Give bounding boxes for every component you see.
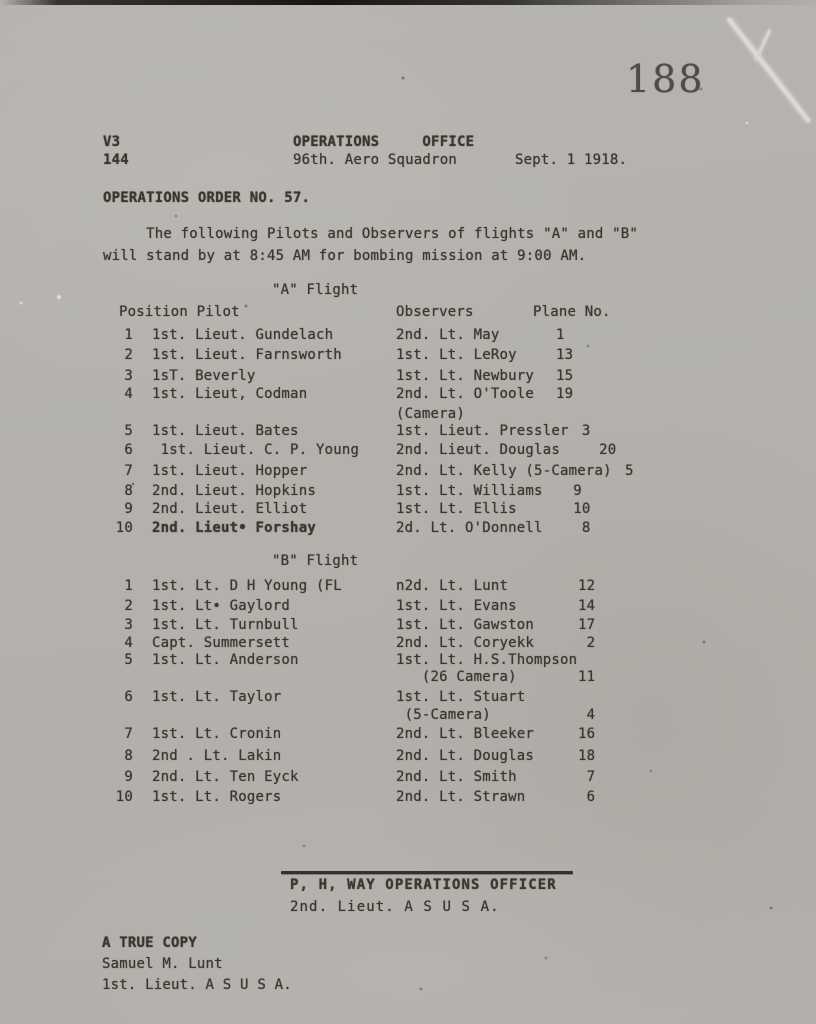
plane-cell: 6 [578,789,595,805]
pilot-cell: 1st. Lt. D H Young (FL [152,578,342,594]
observer-cell: 1st. Lt. H.S.Thompson [396,652,577,668]
observer-cell: n2d. Lt. Lunt [396,578,508,594]
observer-cell: 1st. Lt. Ellis [396,501,517,517]
pilot-cell: 1st. Lt. Turnbull [152,617,299,633]
reference-v3: V3 [103,134,120,150]
flight-a-row-7: 7 1st. Lieut. Hopper 2nd. Lt. Kelly (5-C… [0,463,816,480]
position-cell: 9 [103,501,133,517]
position-cell: 10 [103,789,133,805]
signature-underline [281,871,573,874]
observer-cell: 2nd. Lt. Strawn [396,789,525,805]
pilot-cell: 1st. Lt. Taylor [152,689,281,705]
page-number: 188 [626,60,705,98]
certifier-rank-line: 1st. Lieut. A S U S A. [0,977,816,994]
flight-a-row-2: 2 1st. Lieut. Farnsworth 1st. Lt. LeRoy … [0,347,816,364]
observer-cell: 2nd. Lt. May [396,327,500,343]
observer-cell: 2nd. Lt. Douglas [396,748,534,764]
camera-note: (5-Camera) [396,707,491,723]
signature-name-line: P, H, WAY OPERATIONS OFFICER [0,877,816,894]
plane-cell: 17 [578,617,595,633]
paragraph-line-1: The following Pilots and Observers of fl… [0,226,816,243]
pilot-cell: 1st. Lieut, Codman [152,386,307,402]
flight-a-row-8: 8 2nd. Lieut. Hopkins 1st. Lt. Williams … [0,483,816,500]
letterhead-line-1: V3 OPERATIONS OFFICE [0,134,816,151]
plane-cell: 1 [556,327,565,343]
flight-a-row-3: 3 1sT. Beverly 1st. Lt. Newbury 15 [0,368,816,385]
position-cell: 7 [103,726,133,742]
squadron-name: 96th. Aero Squadron [293,152,457,168]
position-cell: 10 [103,520,133,536]
plane-cell: 14 [578,598,595,614]
observer-cell: 1st. Lt. Gawston [396,617,534,633]
pilot-cell: 1st. Lt• Gaylord [152,598,290,614]
flight-b-row-5: 5 1st. Lt. Anderson 1st. Lt. H.S.Thompso… [0,652,816,669]
flight-b-title: "B" Flight [0,553,816,570]
pilot-cell: 1st. Lieut. Bates [152,423,299,439]
observer-cell: 1st. Lieut. Pressler [396,423,569,439]
observer-cell: 2nd. Lt. Bleeker [396,726,534,742]
plane-cell: 10 [556,501,591,517]
pilot-cell: Capt. Summersett [152,635,290,651]
pilot-cell: 1sT. Beverly [152,368,256,384]
flight-b-row-2: 2 1st. Lt• Gaylord 1st. Lt. Evans 14 [0,598,816,615]
position-cell: 4 [103,635,133,651]
plane-cell: 9 [556,483,582,499]
pilot-cell: 2nd. Lt. Ten Eyck [152,769,299,785]
pilot-cell: 1st. Lt. Anderson [152,652,299,668]
header-position-pilot: Position Pilot [119,304,240,320]
plane-cell: 11 [578,669,595,685]
certifier-name-line: Samuel M. Lunt [0,956,816,973]
camera-note: (Camera) [396,406,465,422]
position-cell: 2 [103,598,133,614]
pilot-cell: 1st. Lt. Cronin [152,726,281,742]
observer-cell: 2nd. Lt. Coryekk [396,635,534,651]
flight-b-row-8: 8 2nd . Lt. Lakin 2nd. Lt. Douglas 18 [0,748,816,765]
position-cell: 5 [103,423,133,439]
plane-cell: 5 [556,463,634,479]
pilot-cell: 1st. Lieut. C. P. Young [152,442,359,458]
observer-cell: 1st. Lt. Evans [396,598,517,614]
plane-cell: 7 [578,769,595,785]
flight-a-row-6: 6 1st. Lieut. C. P. Young 2nd. Lieut. Do… [0,442,816,459]
pilot-cell: 2nd. Lieut. Elliot [152,501,307,517]
position-cell: 5 [103,652,133,668]
paper-crease-branch [754,29,771,61]
reference-144: 144 [103,152,129,168]
flight-b-row-6: 6 1st. Lt. Taylor 1st. Lt. Stuart [0,689,816,706]
position-cell: 6 [103,689,133,705]
position-cell: 3 [103,368,133,384]
observer-cell: 2nd. Lt. Smith [396,769,517,785]
flight-a-row-4-camera-note: (Camera) [0,406,816,423]
flight-a-row-4: 4 1st. Lieut, Codman 2nd. Lt. O'Toole 19 [0,386,816,403]
observer-cell: 1st. Lt. LeRoy [396,347,517,363]
flight-b-row-3: 3 1st. Lt. Turnbull 1st. Lt. Gawston 17 [0,617,816,634]
plane-cell: 8 [556,520,591,536]
true-copy-line: A TRUE COPY [0,935,816,952]
observer-cell: 2nd. Lieut. Douglas [396,442,560,458]
position-cell: 1 [103,327,133,343]
position-cell: 7 [103,463,133,479]
plane-cell: 2 [578,635,595,651]
pilot-cell: 2nd. Lieut. Hopkins [152,483,316,499]
plane-cell: 3 [556,423,591,439]
camera-note: (26 Camera) [396,669,517,685]
pilot-cell: 1st. Lieut. Farnsworth [152,347,342,363]
paragraph-line-2: will stand by at 8:45 AM for bombing mis… [0,248,816,265]
position-cell: 3 [103,617,133,633]
flight-b-row-1: 1 1st. Lt. D H Young (FL n2d. Lt. Lunt 1… [0,578,816,595]
position-cell: 9 [103,769,133,785]
flight-a-row-1: 1 1st. Lieut. Gundelach 2nd. Lt. May 1 [0,327,816,344]
plane-cell: 19 [556,386,573,402]
pilot-cell: 1st. Lt. Rogers [152,789,281,805]
order-number-heading: OPERATIONS ORDER NO. 57. [0,190,816,207]
flight-a-row-10: 10 2nd. Lieut• Forshay 2d. Lt. O'Donnell… [0,520,816,537]
header-observers: Observers [396,304,474,320]
letterhead-line-2: 144 96th. Aero Squadron Sept. 1 1918. [0,152,816,169]
flight-a-row-9: 9 2nd. Lieut. Elliot 1st. Lt. Ellis 10 [0,501,816,518]
position-cell: 2 [103,347,133,363]
paper-specks [0,0,2,2]
scanned-document-page: 188 V3 OPERATIONS OFFICE 144 96th. Aero … [0,0,816,1024]
plane-cell: 13 [556,347,573,363]
flight-a-title: "A" Flight [0,282,816,299]
plane-cell: 16 [578,726,595,742]
observer-cell: 1st. Lt. Newbury [396,368,534,384]
observer-cell: 2d. Lt. O'Donnell [396,520,543,536]
pilot-cell: 2nd. Lieut• Forshay [152,520,316,536]
flight-b-row-10: 10 1st. Lt. Rogers 2nd. Lt. Strawn 6 [0,789,816,806]
position-cell: 8 [103,483,133,499]
flight-b-row-6-camera-note: (5-Camera) 4 [0,707,816,724]
plane-cell: 12 [578,578,595,594]
pilot-cell: 1st. Lieut. Gundelach [152,327,333,343]
office-title: OPERATIONS OFFICE [293,134,474,150]
signature-rank-line: 2nd. Lieut. A S U S A. [0,899,816,916]
flight-b-row-9: 9 2nd. Lt. Ten Eyck 2nd. Lt. Smith 7 [0,769,816,786]
plane-cell: 15 [556,368,573,384]
pilot-cell: 2nd . Lt. Lakin [152,748,281,764]
flight-b-row-7: 7 1st. Lt. Cronin 2nd. Lt. Bleeker 16 [0,726,816,743]
flight-b-row-5-camera-note: (26 Camera) 11 [0,669,816,686]
position-cell: 1 [103,578,133,594]
pilot-cell: 1st. Lieut. Hopper [152,463,307,479]
table-header-row: Position Pilot Observers Plane No. [0,304,816,321]
scan-top-edge-shadow [0,0,816,5]
plane-cell: 4 [578,707,595,723]
plane-cell: 20 [556,442,616,458]
flight-a-row-5: 5 1st. Lieut. Bates 1st. Lieut. Pressler… [0,423,816,440]
flight-b-row-4: 4 Capt. Summersett 2nd. Lt. Coryekk 2 [0,635,816,652]
header-plane-no: Plane No. [533,304,611,320]
observer-cell: 1st. Lt. Stuart [396,689,525,705]
position-cell: 4 [103,386,133,402]
plane-cell: 18 [578,748,595,764]
observer-cell: 1st. Lt. Williams [396,483,543,499]
position-cell: 6 [103,442,133,458]
document-date: Sept. 1 1918. [515,152,627,168]
position-cell: 8 [103,748,133,764]
observer-cell: 2nd. Lt. O'Toole [396,386,534,402]
